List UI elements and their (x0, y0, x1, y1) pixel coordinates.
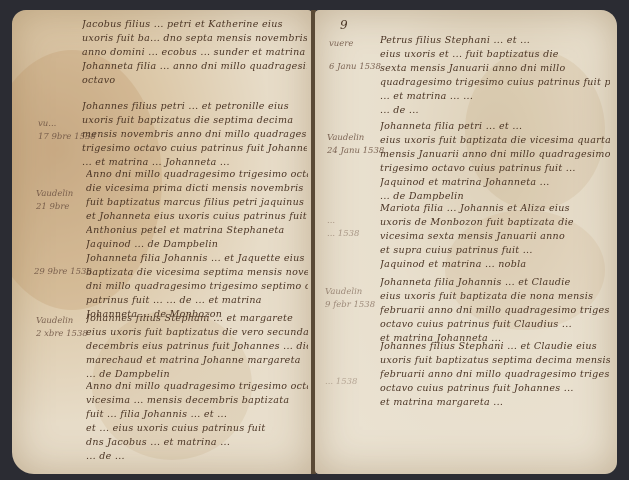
margin-note-3: Vaudelin 21 9bre (36, 188, 73, 214)
entry-1: Jacobus filius ... petri et Katherine ei… (82, 18, 307, 88)
margin-note-5: Vaudelin 2 xbre 1538 (36, 315, 88, 341)
margin-note-r3: ... ... 1538 (327, 215, 359, 241)
entry-r2: Johanneta filia petri ... et ... eius ux… (380, 120, 610, 204)
entry-2: Johannes filius petri ... et petronille … (82, 100, 307, 170)
entry-r4: Johanneta filia Johannis ... et Claudie … (380, 276, 610, 346)
entry-6: Anno dni millo quadragesimo trigesimo oc… (86, 380, 308, 464)
margin-note-r4: Vaudelin 9 febr 1538 (325, 286, 375, 312)
entry-3: Anno dni millo quadragesimo trigesimo oc… (86, 168, 308, 252)
entry-r3: Mariota filia ... Johannis et Aliza eius… (380, 202, 610, 272)
margin-note-r2: Vaudelin 24 Janu 1538 (327, 132, 384, 158)
folio-number: 9 (340, 18, 348, 32)
entry-5: Johannes filius Stephani ... et margaret… (86, 312, 308, 382)
margin-note-4: 29 9bre 1538 (34, 266, 92, 279)
margin-note-r1: vuere 6 Janu 1538 (329, 38, 381, 74)
entry-r1: Petrus filius Stephani ... et ... eius u… (380, 34, 610, 118)
left-page: Jacobus filius ... petri et Katherine ei… (12, 10, 312, 474)
right-page: 9 vuere 6 Janu 1538 Petrus filius Stepha… (315, 10, 617, 474)
margin-note-r5: ... 1538 (325, 376, 357, 389)
entry-r5: Johannes filius Stephani ... et Claudie … (380, 340, 610, 410)
